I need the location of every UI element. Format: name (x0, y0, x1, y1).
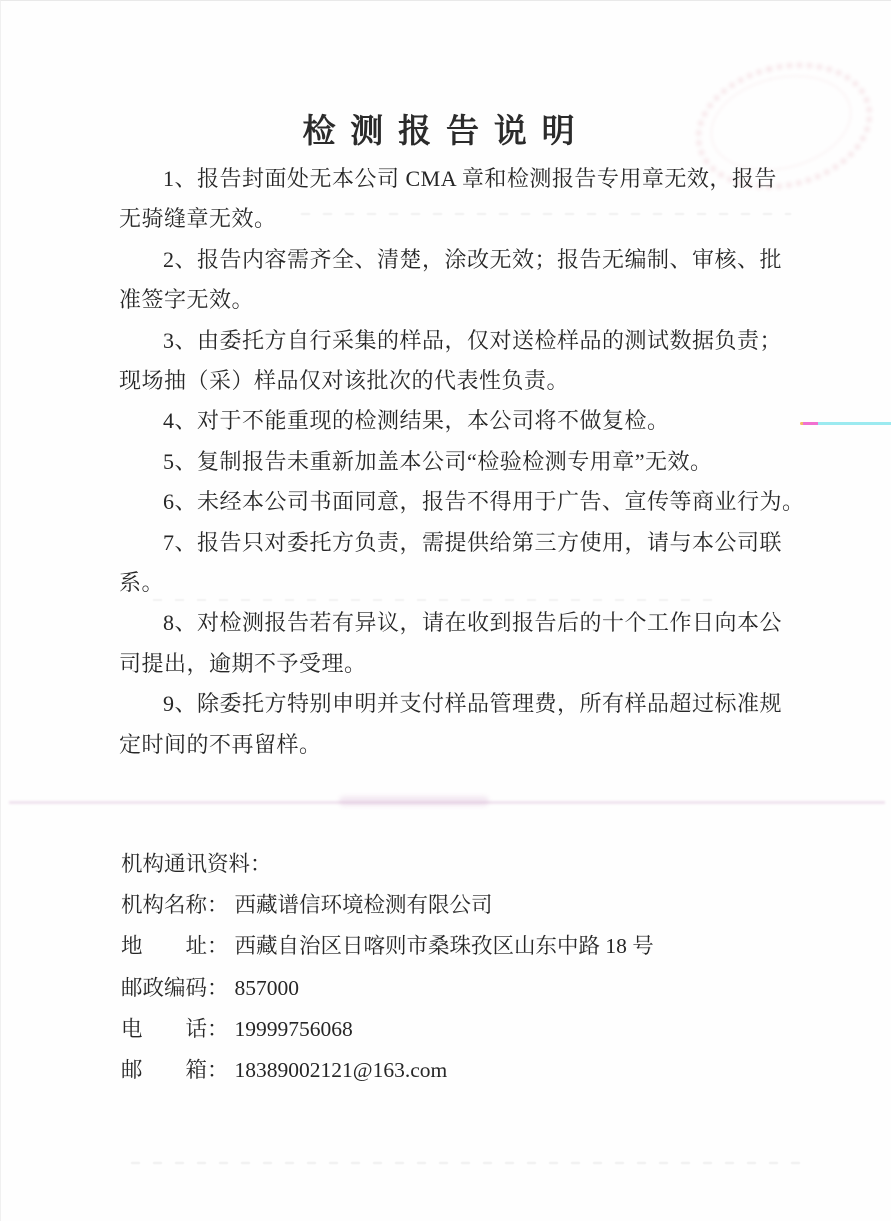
contact-label: 邮政编码： (121, 968, 229, 1009)
note-line: 1、报告封面处无本公司 CMA 章和检测报告专用章无效，报告 (119, 159, 795, 199)
note-line: 5、复制报告未重新加盖本公司“检验检测专用章”无效。 (119, 442, 795, 482)
note-line: 8、对检测报告若有异议，请在收到报告后的十个工作日向本公 (119, 603, 795, 643)
scan-smudge-blob (339, 796, 489, 806)
contact-row-phone: 电 话：19999756068 (121, 1009, 654, 1050)
contact-row-org-name: 机构名称：西藏谱信环境检测有限公司 (121, 885, 654, 926)
note-line: 3、由委托方自行采集的样品，仅对送检样品的测试数据负责； (119, 321, 795, 361)
scanned-report-page: 检测报告说明 1、报告封面处无本公司 CMA 章和检测报告专用章无效，报告 无骑… (0, 0, 891, 1221)
note-line: 6、未经本公司书面同意，报告不得用于广告、宣传等商业行为。 (119, 482, 795, 522)
ghost-text-marks (153, 599, 713, 601)
note-line: 2、报告内容需齐全、清楚，涂改无效；报告无编制、审核、批 (119, 240, 795, 280)
contact-row-postcode: 邮政编码：857000 (121, 968, 654, 1009)
contact-value: 19999756068 (235, 1009, 353, 1050)
note-line: 9、除委托方特别申明并支付样品管理费，所有样品超过标准规 (119, 684, 795, 724)
contact-label: 机构名称： (121, 885, 229, 926)
ghost-text-marks (301, 213, 791, 215)
ghost-text-marks (131, 1162, 811, 1164)
contact-row-email: 邮 箱：18389002121@163.com (121, 1050, 654, 1091)
contact-section: 机构通讯资料： 机构名称：西藏谱信环境检测有限公司 地 址：西藏自治区日喀则市桑… (121, 844, 654, 1091)
note-line: 7、报告只对委托方负责，需提供给第三方使用，请与本公司联 (119, 523, 795, 563)
note-line: 4、对于不能重现的检测结果，本公司将不做复检。 (119, 401, 795, 441)
contact-label: 地 址： (121, 926, 229, 967)
note-line: 定时间的不再留样。 (119, 725, 795, 765)
contact-value: 西藏自治区日喀则市桑珠孜区山东中路 18 号 (235, 926, 654, 967)
contact-label: 电 话： (121, 1009, 229, 1050)
note-line: 系。 (119, 563, 795, 603)
contact-value: 西藏谱信环境检测有限公司 (235, 885, 493, 926)
note-line: 无骑缝章无效。 (119, 199, 795, 239)
notes-list: 1、报告封面处无本公司 CMA 章和检测报告专用章无效，报告 无骑缝章无效。 2… (119, 159, 795, 765)
note-line: 准签字无效。 (119, 280, 795, 320)
note-line: 司提出，逾期不予受理。 (119, 644, 795, 684)
contact-value: 18389002121@163.com (235, 1050, 448, 1091)
contact-label: 邮 箱： (121, 1050, 229, 1091)
note-line: 现场抽（采）样品仅对该批次的代表性负责。 (119, 361, 795, 401)
contact-header: 机构通讯资料： (121, 844, 654, 885)
contact-value: 857000 (235, 968, 300, 1009)
scanner-color-streak (800, 422, 891, 425)
page-title: 检测报告说明 (1, 105, 891, 152)
contact-row-address: 地 址：西藏自治区日喀则市桑珠孜区山东中路 18 号 (121, 926, 654, 967)
